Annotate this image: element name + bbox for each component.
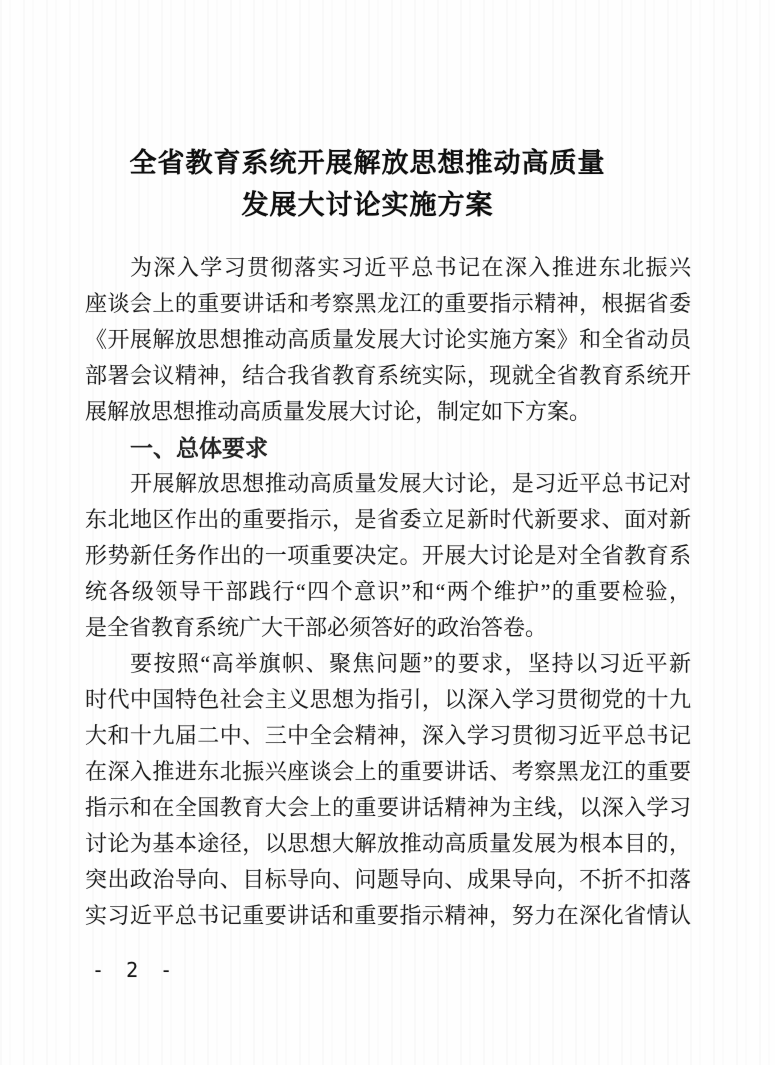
body-line: 东北地区作出的重要指示，是省委立足新时代新要求、面对新 bbox=[85, 502, 691, 538]
document-title-line-2: 发展大讨论实施方案 bbox=[60, 184, 675, 226]
scanned-document-page: 全省教育系统开展解放思想推动高质量 发展大讨论实施方案 为深入学习贯彻落实习近平… bbox=[0, 0, 775, 1065]
section-heading: 一、总体要求 bbox=[85, 430, 691, 466]
document-title-line-1: 全省教育系统开展解放思想推动高质量 bbox=[60, 142, 675, 184]
body-line: 形势新任务作出的一项重要决定。开展大讨论是对全省教育系 bbox=[85, 538, 691, 574]
document-title: 全省教育系统开展解放思想推动高质量 发展大讨论实施方案 bbox=[60, 142, 675, 226]
body-line: 时代中国特色社会主义思想为指引，以深入学习贯彻党的十九 bbox=[85, 682, 691, 718]
body-line: 《开展解放思想推动高质量发展大讨论实施方案》和全省动员 bbox=[85, 322, 691, 358]
body-line: 开展解放思想推动高质量发展大讨论，是习近平总书记对 bbox=[85, 466, 691, 502]
body-line: 讨论为基本途径，以思想大解放推动高质量发展为根本目的， bbox=[85, 826, 691, 862]
body-line: 实习近平总书记重要讲话和重要指示精神，努力在深化省情认 bbox=[85, 898, 691, 934]
body-line: 部署会议精神，结合我省教育系统实际，现就全省教育系统开 bbox=[85, 358, 691, 394]
document-body: 为深入学习贯彻落实习近平总书记在深入推进东北振兴 座谈会上的重要讲话和考察黑龙江… bbox=[85, 250, 691, 934]
body-line: 统各级领导干部践行“四个意识”和“两个维护”的重要检验， bbox=[85, 574, 691, 610]
body-line: 大和十九届二中、三中全会精神，深入学习贯彻习近平总书记 bbox=[85, 718, 691, 754]
body-line: 要按照“高举旗帜、聚焦问题”的要求，坚持以习近平新 bbox=[85, 646, 691, 682]
body-line: 在深入推进东北振兴座谈会上的重要讲话、考察黑龙江的重要 bbox=[85, 754, 691, 790]
body-line: 指示和在全国教育大会上的重要讲话精神为主线，以深入学习 bbox=[85, 790, 691, 826]
body-line: 展解放思想推动高质量发展大讨论，制定如下方案。 bbox=[85, 394, 691, 430]
body-line: 为深入学习贯彻落实习近平总书记在深入推进东北振兴 bbox=[85, 250, 691, 286]
body-line: 突出政治导向、目标导向、问题导向、成果导向，不折不扣落 bbox=[85, 862, 691, 898]
body-line: 座谈会上的重要讲话和考察黑龙江的重要指示精神，根据省委 bbox=[85, 286, 691, 322]
page-number: - 2 - bbox=[92, 958, 177, 982]
body-line: 是全省教育系统广大干部必须答好的政治答卷。 bbox=[85, 610, 691, 646]
